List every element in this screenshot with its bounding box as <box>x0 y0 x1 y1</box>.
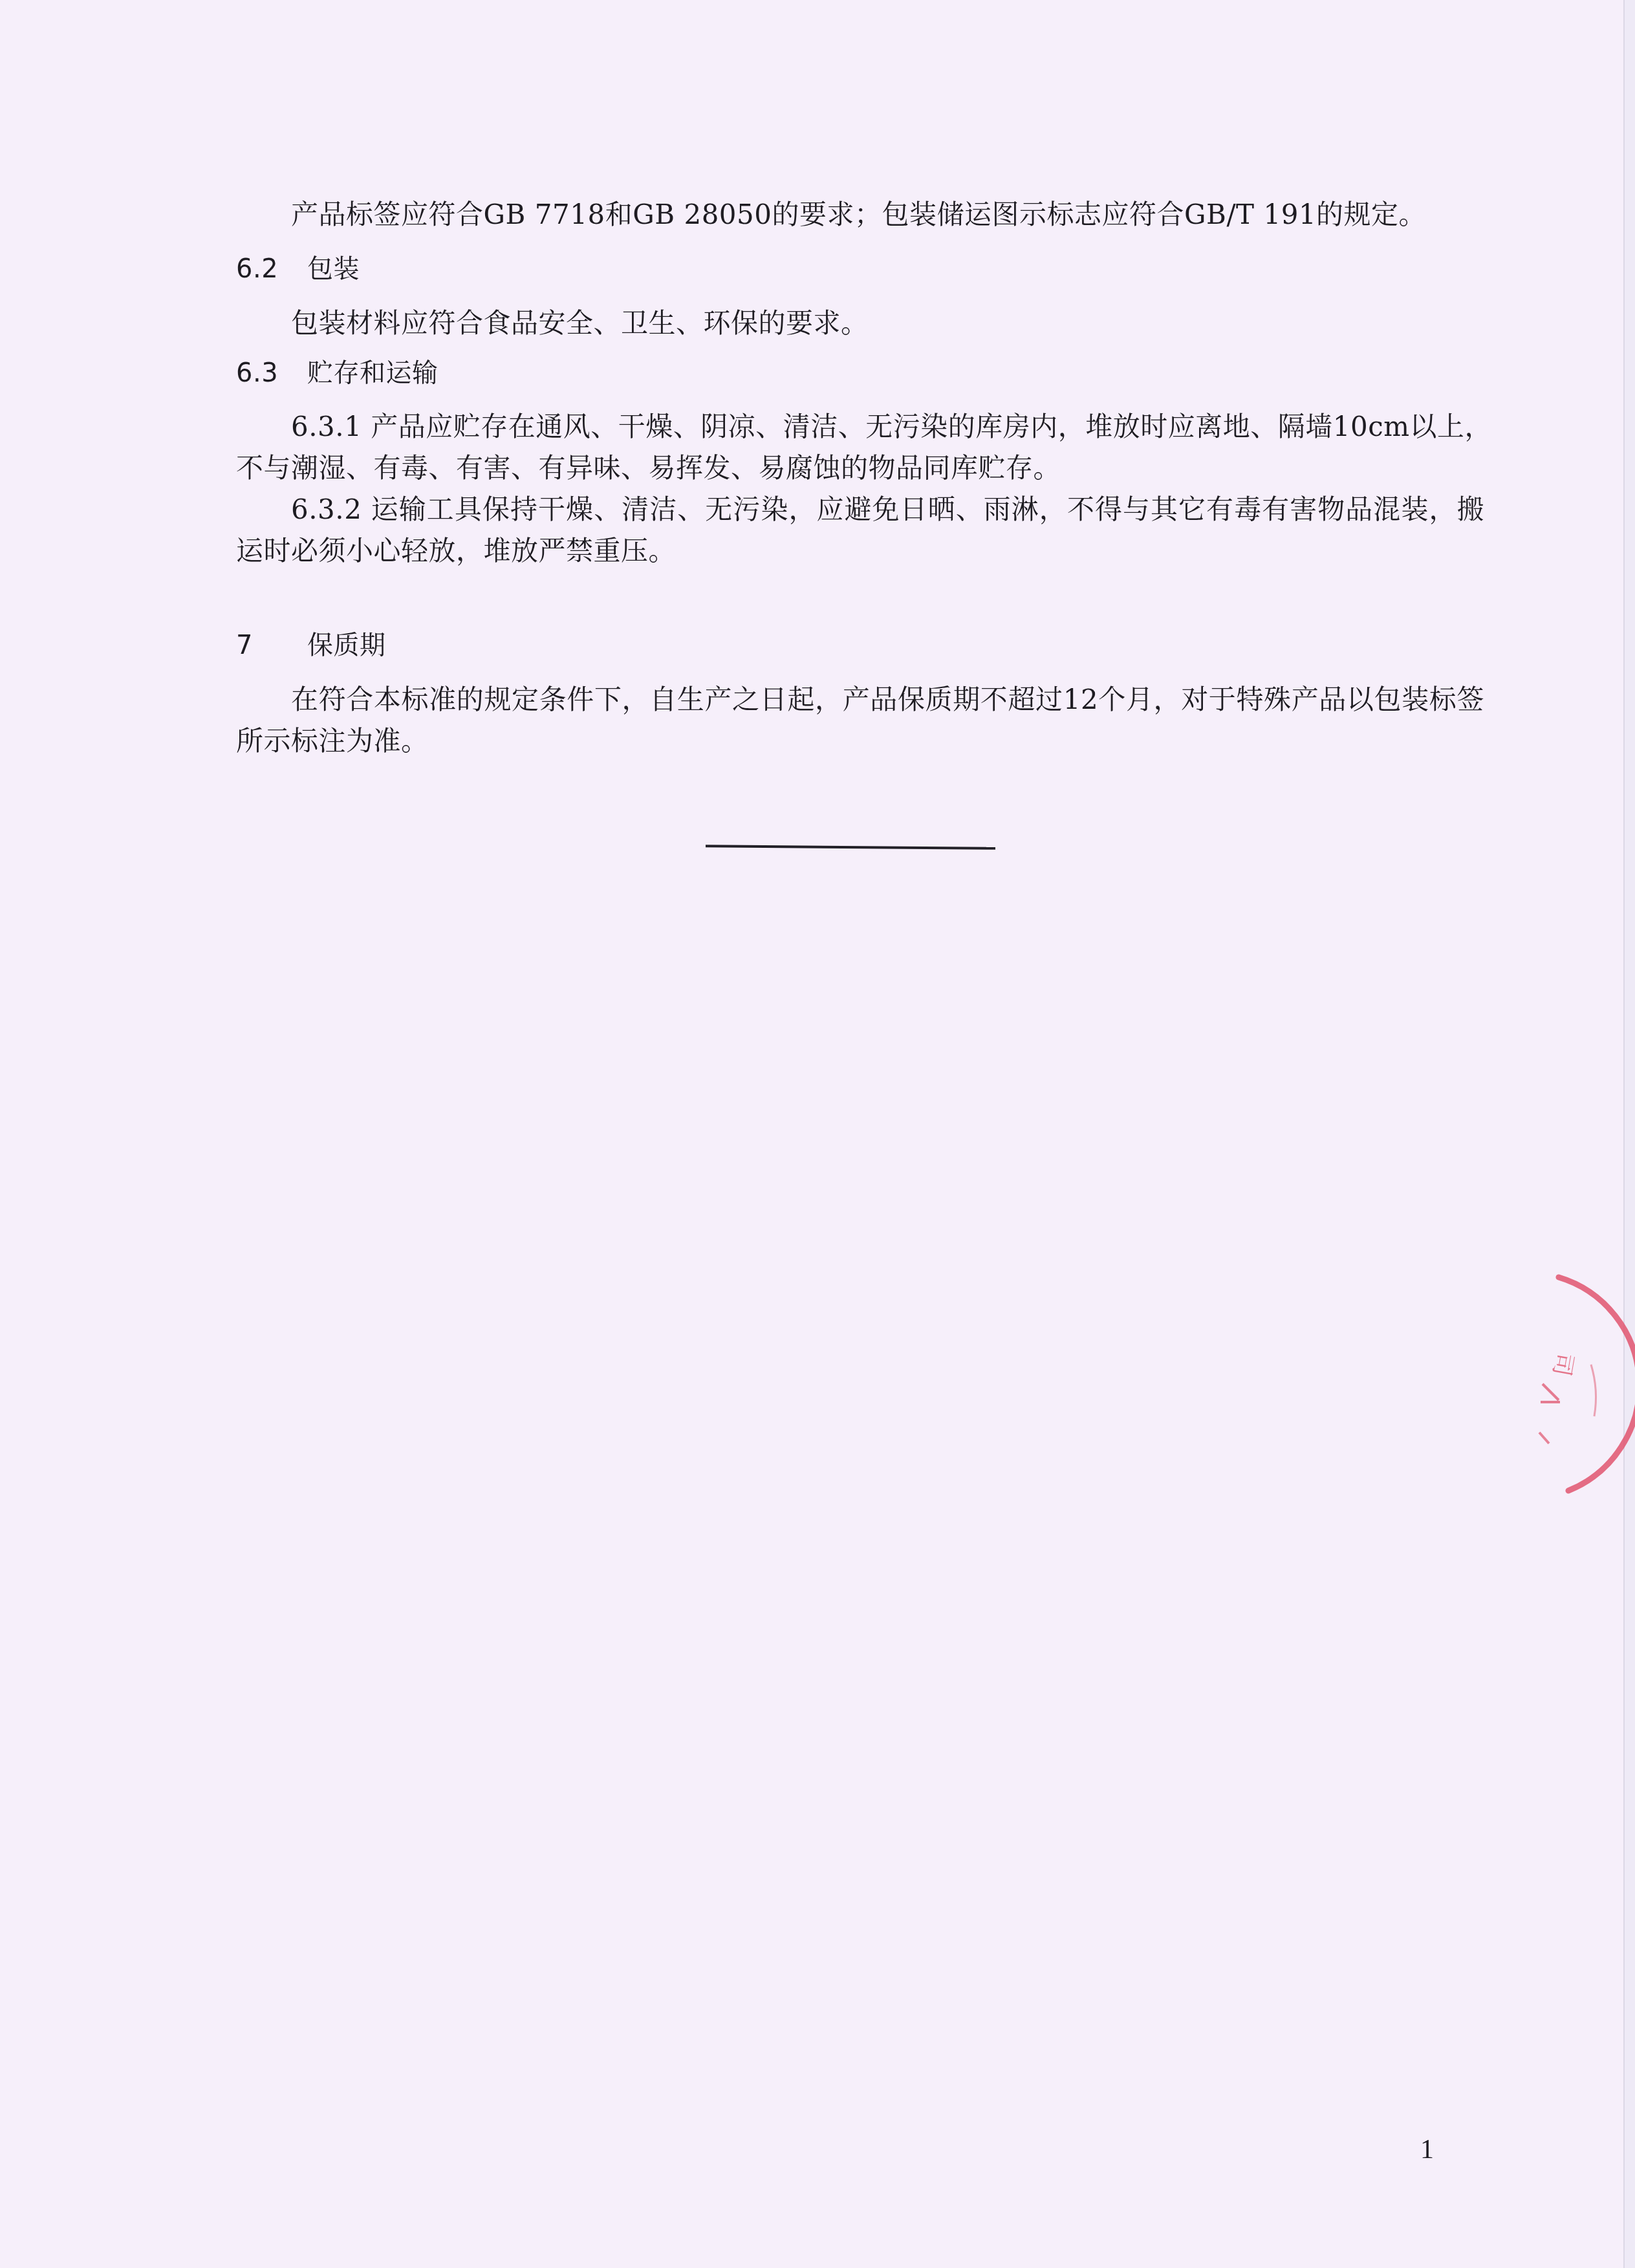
section-heading-6-3: 6.3贮存和运输 <box>236 358 1488 389</box>
svg-text:司: 司 <box>1548 1350 1578 1378</box>
seal-arc-icon: 司 <box>1488 1261 1635 1507</box>
clause-number: 6.3.2 <box>291 493 362 525</box>
section-title: 贮存和运输 <box>307 358 439 388</box>
clause-number: 6.3.1 <box>291 411 362 442</box>
section-number: 6.2 <box>236 254 307 285</box>
scanned-page: 产品标签应符合GB 7718和GB 28050的要求；包装储运图示标志应符合GB… <box>0 0 1625 2268</box>
clause-text: 产品应贮存在通风、干燥、阴凉、清洁、无污染的库房内，堆放时应离地、隔墙10cm以… <box>371 411 1492 442</box>
shelf-life-line1: 在符合本标准的规定条件下，自生产之日起，产品保质期不超过12个月，对于特殊产品以… <box>291 684 1484 715</box>
clause-6-3-2-line1: 6.3.2 运输工具保持干燥、清洁、无污染，应避免日晒、雨淋，不得与其它有毒有害… <box>291 494 1484 525</box>
section-heading-7: 7保质期 <box>236 630 1488 661</box>
section-heading-6-2: 6.2包装 <box>236 254 1488 285</box>
red-seal-stamp-icon: 司 <box>1488 1261 1635 1507</box>
packaging-paragraph: 包装材料应符合食品安全、卫生、环保的要求。 <box>291 308 1543 339</box>
clause-text: 运输工具保持干燥、清洁、无污染，应避免日晒、雨淋，不得与其它有毒有害物品混装，搬 <box>371 493 1484 525</box>
section-title: 包装 <box>307 254 360 284</box>
section-number: 7 <box>236 630 307 661</box>
label-requirement-text: 产品标签应符合GB 7718和GB 28050的要求；包装储运图示标志应符合GB… <box>291 199 1543 230</box>
clause-6-3-2-line2: 运时必须小心轻放，堆放严禁重压。 <box>236 535 1488 567</box>
section-number: 6.3 <box>236 358 307 389</box>
page-number: 1 <box>1420 2134 1434 2165</box>
shelf-life-line2: 所示标注为准。 <box>236 726 1488 757</box>
section-title: 保质期 <box>307 631 386 660</box>
clause-6-3-1-line1: 6.3.1 产品应贮存在通风、干燥、阴凉、清洁、无污染的库房内，堆放时应离地、隔… <box>291 411 1484 442</box>
end-of-standard-rule <box>706 845 995 850</box>
clause-6-3-1-line2: 不与潮湿、有毒、有害、有异味、易挥发、易腐蚀的物品同库贮存。 <box>236 453 1488 484</box>
